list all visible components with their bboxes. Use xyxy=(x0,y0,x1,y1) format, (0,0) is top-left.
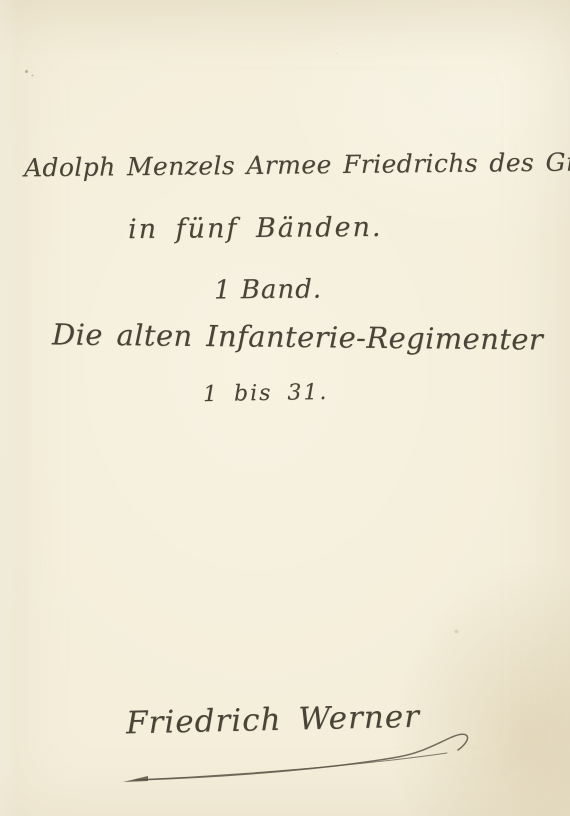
signature-name: Friedrich Werner xyxy=(126,699,421,742)
signature-flourish-underline xyxy=(0,0,570,816)
title-line-series: Adolph Menzels Armee Friedrichs des Gros… xyxy=(24,147,570,183)
title-line-subject: Die alten Infanterie-Regimenter xyxy=(52,317,544,356)
paper-specks xyxy=(25,70,28,73)
title-line-regiment-range: 1 bis 31. xyxy=(203,380,329,407)
manuscript-page: Adolph Menzels Armee Friedrichs des Gros… xyxy=(0,0,570,816)
title-line-volumes: in fünf Bänden. xyxy=(128,212,383,245)
title-line-volume-number: 1 Band. xyxy=(214,275,322,306)
